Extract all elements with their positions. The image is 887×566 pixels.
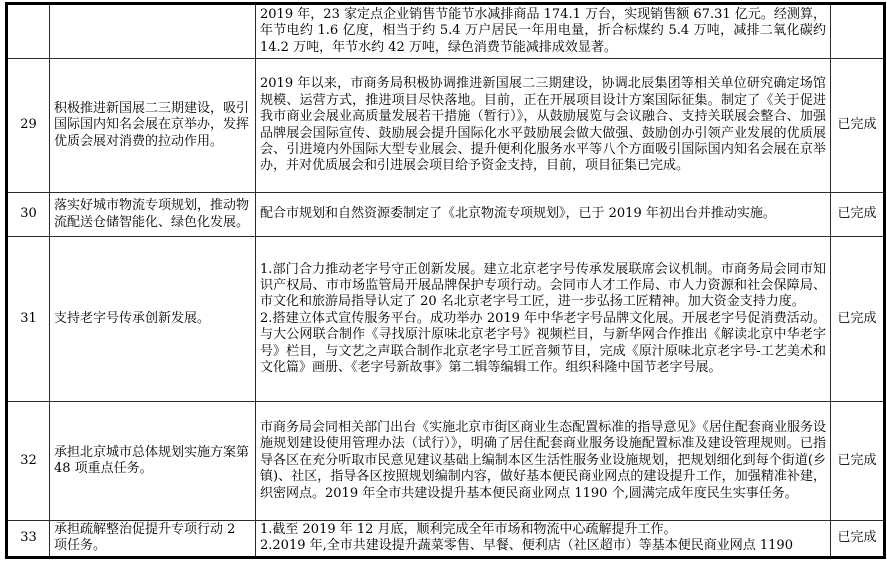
task-cell: 落实好城市物流专项规划，推动物流配送仓储智能化、绿色化发展。 bbox=[50, 193, 256, 237]
status-cell: 已完成 bbox=[831, 402, 885, 521]
detail-cell: 2019 年，23 家定点企业销售节能节水减排商品 174.1 万台，实现销售额… bbox=[256, 4, 831, 59]
row-number-cell: 32 bbox=[7, 402, 50, 521]
task-cell: 承担北京城市总体规划实施方案第 48 项重点任务。 bbox=[50, 402, 256, 521]
row-number-cell: 31 bbox=[7, 237, 50, 402]
row-number-cell: 30 bbox=[7, 193, 50, 237]
task-cell bbox=[50, 4, 256, 59]
detail-cell: 1.截至 2019 年 12 月底，顺利完成全年市场和物流中心疏解提升工作。 2… bbox=[256, 521, 831, 558]
status-cell: 已完成 bbox=[831, 193, 885, 237]
table-row: 33 承担疏解整治促提升专项行动 2 项任务。 1.截至 2019 年 12 月… bbox=[7, 521, 885, 558]
detail-cell: 市商务局会同相关部门出台《实施北京市街区商业生态配置标准的指导意见》《居住配套商… bbox=[256, 402, 831, 521]
detail-cell: 配合市规划和自然资源委制定了《北京物流专项规划》，已于 2019 年初出台并推动… bbox=[256, 193, 831, 237]
row-number-cell bbox=[7, 4, 50, 59]
status-cell: 已完成 bbox=[831, 59, 885, 193]
status-cell: 已完成 bbox=[831, 237, 885, 402]
task-cell: 支持老字号传承创新发展。 bbox=[50, 237, 256, 402]
table-row: 29 积极推进新国展二三期建设，吸引国际国内知名会展在京举办，发挥优质会展对消费… bbox=[7, 59, 885, 193]
document-page: 2019 年，23 家定点企业销售节能节水减排商品 174.1 万台，实现销售额… bbox=[0, 0, 887, 566]
detail-cell: 1.部门合力推动老字号守正创新发展。建立北京老字号传承发展联席会议机制。市商务局… bbox=[256, 237, 831, 402]
table-row: 32 承担北京城市总体规划实施方案第 48 项重点任务。 市商务局会同相关部门出… bbox=[7, 402, 885, 521]
table-row: 2019 年，23 家定点企业销售节能节水减排商品 174.1 万台，实现销售额… bbox=[7, 4, 885, 59]
task-cell: 承担疏解整治促提升专项行动 2 项任务。 bbox=[50, 521, 256, 558]
table-row: 30 落实好城市物流专项规划，推动物流配送仓储智能化、绿色化发展。 配合市规划和… bbox=[7, 193, 885, 237]
task-progress-table: 2019 年，23 家定点企业销售节能节水减排商品 174.1 万台，实现销售额… bbox=[5, 2, 886, 559]
detail-cell: 2019 年以来，市商务局积极协调推进新国展二三期建设，协调北辰集团等相关单位研… bbox=[256, 59, 831, 193]
row-number-cell: 33 bbox=[7, 521, 50, 558]
row-number-cell: 29 bbox=[7, 59, 50, 193]
task-cell: 积极推进新国展二三期建设，吸引国际国内知名会展在京举办，发挥优质会展对消费的拉动… bbox=[50, 59, 256, 193]
status-cell: 已完成 bbox=[831, 521, 885, 558]
table-row: 31 支持老字号传承创新发展。 1.部门合力推动老字号守正创新发展。建立北京老字… bbox=[7, 237, 885, 402]
status-cell bbox=[831, 4, 885, 59]
